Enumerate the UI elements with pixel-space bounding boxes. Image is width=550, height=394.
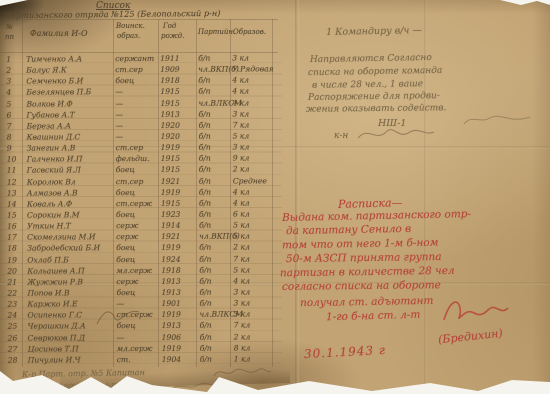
row-number: 1: [6, 55, 11, 64]
row-edu: 3 кл: [233, 299, 250, 308]
row-number: 21: [7, 277, 17, 286]
commander-signature: [212, 366, 272, 380]
row-rank: —: [116, 132, 124, 141]
row-year: 1904: [162, 355, 181, 364]
pencil-flourish: [95, 306, 141, 328]
column-header-rank: Воинск.: [116, 22, 145, 30]
row-edu: 3 кл: [233, 143, 250, 152]
row-party: б/п: [199, 299, 211, 308]
row-name: Гасвский Я.Л: [27, 166, 81, 175]
row-name: Коваль А.Ф: [27, 199, 72, 208]
row-number: 13: [7, 188, 17, 197]
row-name: Цосинов Т.П: [28, 344, 79, 353]
row-year: 1915: [161, 199, 180, 208]
row-name: Жужжин Р.В: [27, 277, 83, 286]
row-name: Квашнин Д.С: [27, 132, 81, 141]
row-party: б/п: [199, 221, 211, 230]
row-name: Семченко Б.И: [26, 77, 83, 86]
row-rank: боец: [116, 243, 135, 252]
row-rank: боец: [116, 210, 135, 219]
receipt-title: Расписка—: [338, 196, 403, 211]
row-party: б/п: [199, 154, 211, 163]
row-number: 23: [7, 300, 17, 309]
column-header-num: №: [6, 23, 13, 31]
row-year: 1919: [162, 343, 181, 352]
column-header-name: Фамилия И-О: [30, 29, 88, 38]
row-number: 10: [7, 155, 17, 164]
row-number: 11: [7, 166, 17, 175]
row-rank: —: [116, 121, 124, 130]
row-party: б/п: [198, 54, 210, 63]
row-name: Сорокин В.М: [27, 210, 79, 219]
row-number: 19: [7, 255, 17, 264]
row-rank: —: [115, 110, 123, 119]
row-edu: 2 кл: [234, 332, 251, 341]
column-header-year: Год: [163, 22, 176, 30]
row-year: 1923: [161, 210, 180, 219]
row-number: 14: [7, 199, 17, 208]
row-year: 1921: [161, 176, 180, 185]
row-name: Губанов А.Т: [26, 110, 74, 119]
row-party: б/п: [199, 288, 211, 297]
row-edu: 9 кл: [233, 154, 250, 163]
receipt-line: да капитану Сенило в: [286, 223, 411, 237]
row-edu: 5 кл: [234, 310, 251, 319]
row-edu: 7 кл: [234, 321, 251, 330]
row-party: б/п: [199, 210, 211, 219]
row-number: 7: [7, 122, 12, 131]
document-paper: Список Партизанского отряда №125 (Белопо…: [0, 0, 550, 394]
row-name: Волков И.Ф: [26, 99, 72, 108]
row-party: б/п: [199, 243, 211, 252]
deputy-signature: [170, 381, 240, 393]
row-number: 3: [6, 77, 11, 86]
row-name: Пичулин И.Ч: [28, 355, 81, 364]
row-name: Балус Я.К: [26, 66, 66, 75]
row-year: 1913: [161, 277, 180, 286]
receipt-signer: (Бредихин): [437, 327, 503, 347]
row-rank: фельдш.: [116, 154, 150, 163]
row-year: 1919: [162, 310, 181, 319]
row-number: 8: [7, 133, 12, 142]
row-number: 15: [7, 211, 17, 220]
row-rank: ст.сер: [116, 143, 144, 152]
row-edu: 5 кл: [233, 221, 250, 230]
row-rank: —: [117, 333, 125, 342]
row-number: 18: [7, 244, 17, 253]
column-header-party: Партийн.: [198, 28, 235, 36]
note-signature: [356, 124, 436, 144]
row-year: 1919: [161, 187, 180, 196]
row-number: 5: [6, 99, 11, 108]
row-rank: боец: [116, 288, 135, 297]
note-signature-2: [462, 112, 532, 128]
adjutant-signature: [440, 296, 510, 326]
column-header-edu: Образов.: [233, 28, 266, 36]
signoff-commander: К-р Парт. отр. №5 Капитан: [22, 368, 145, 379]
row-edu: 4 кл: [232, 98, 249, 107]
row-edu: У.Рядовая: [232, 64, 273, 73]
row-year: 1919: [161, 243, 180, 252]
row-number: 22: [7, 289, 17, 298]
row-rank: серж: [116, 221, 138, 230]
row-name: Забродебский Б.И: [27, 244, 100, 253]
row-edu: 2 кл: [233, 243, 250, 252]
fold-crease-vertical: [295, 0, 299, 394]
row-number: 27: [8, 344, 18, 353]
row-year: 1914: [161, 221, 180, 230]
row-number: 20: [7, 266, 17, 275]
row-edu: 4 кл: [232, 76, 249, 85]
row-name: Алмазов А.В: [27, 188, 78, 197]
row-name: Тимченко А.А: [26, 54, 82, 63]
row-number: 2: [6, 66, 11, 75]
row-name: Береза А.А: [27, 121, 71, 130]
row-name: Охлаб П.Б: [27, 255, 69, 264]
receipt-line: согласно списка на обороте: [282, 279, 441, 293]
row-number: 28: [8, 355, 18, 364]
note-rank: к-н: [334, 131, 348, 141]
row-party: б/п: [198, 76, 210, 85]
row-number: 17: [7, 233, 17, 242]
column-header-rank: образ.: [117, 32, 140, 40]
row-year: 1915: [161, 154, 180, 163]
row-edu: 3 кл: [232, 109, 249, 118]
row-name: Кольашев А.П: [27, 266, 84, 275]
signoff-deputy: Зам ком отр. ст. л-т: [26, 380, 119, 391]
table-row: 28 Пичулин И.Ч ст. 1904 б/п 1 кл: [1, 354, 283, 367]
row-edu: 4 кл: [233, 187, 250, 196]
row-edu: 7 кл: [233, 120, 250, 129]
row-edu: 5 кл: [233, 265, 250, 274]
receipt-date: 30.1.1943 г: [304, 343, 387, 361]
row-name: Севрюков П.Д: [28, 333, 85, 342]
row-rank: серж: [116, 232, 138, 241]
row-rank: ст.сер: [115, 65, 143, 74]
row-name: Безелянцев П.Б: [26, 88, 91, 97]
row-number: 9: [7, 144, 12, 153]
row-edu: 7 кл: [233, 254, 250, 263]
row-number: 24: [8, 311, 18, 320]
row-name: Королюк Вл: [27, 177, 76, 186]
row-party: б/п: [199, 165, 211, 174]
row-rank: —: [115, 99, 123, 108]
row-name: Уткин Н.Т: [27, 221, 71, 230]
row-edu: 1 кл: [234, 354, 251, 363]
row-rank: боец: [116, 188, 135, 197]
row-rank: серж: [116, 277, 138, 286]
row-party: б/п: [200, 321, 212, 330]
row-name: Черашкин Д.А: [28, 322, 86, 331]
receipt-line: 50-м АЗСП принята группа: [286, 251, 442, 265]
row-party: б/п: [200, 332, 212, 341]
row-name: Галченко И.П: [27, 155, 83, 164]
row-party: б/п: [200, 343, 212, 352]
row-party: б/п: [199, 132, 211, 141]
row-edu: 6 кл: [233, 209, 250, 218]
row-rank: мл.серж: [116, 266, 152, 275]
scanned-document: Список Партизанского отряда №125 (Белопо…: [0, 0, 550, 394]
row-name: Осипенко Г.С: [28, 311, 83, 320]
row-number: 12: [7, 177, 17, 186]
row-year: 1906: [162, 332, 181, 341]
row-year: 1901: [161, 299, 180, 308]
row-number: 26: [8, 333, 18, 342]
row-year: 1913: [161, 288, 180, 297]
row-party: б/п: [200, 354, 212, 363]
row-name: Попов И.В: [27, 288, 69, 297]
row-party: б/п: [199, 198, 211, 207]
row-party: б/п: [199, 143, 211, 152]
row-rank: боец: [116, 165, 135, 174]
receipt-received-line: получал ст. адъютант: [300, 295, 434, 309]
row-number: 16: [7, 222, 17, 231]
row-year: 1913: [162, 321, 181, 330]
row-year: 1920: [161, 132, 180, 141]
row-party: б/п: [198, 87, 210, 96]
note-line: Распоряжение для продви-: [308, 91, 440, 103]
row-party: б/п: [199, 276, 211, 285]
row-number: 4: [6, 88, 11, 97]
row-year: 1915: [160, 87, 179, 96]
row-rank: боец: [115, 76, 134, 85]
row-edu: 8 кл: [234, 343, 251, 352]
row-rank: мл.серж: [117, 344, 153, 353]
row-number: 6: [6, 110, 11, 119]
row-edu: 4 кл: [233, 198, 250, 207]
row-year: 1918: [160, 76, 179, 85]
row-party: б/п: [199, 187, 211, 196]
row-year: 1915: [161, 165, 180, 174]
row-number: 25: [8, 322, 18, 331]
row-year: 1920: [161, 121, 180, 130]
row-party: б/п: [199, 120, 211, 129]
note-line: Направляются Согласно: [310, 53, 432, 65]
row-year: 1909: [160, 65, 179, 74]
note-heading: 1 Командиру в/ч —: [326, 25, 422, 38]
row-year: 1921: [161, 232, 180, 241]
receipt-line: том что от него 1-м б-ном: [282, 237, 439, 252]
row-edu: 4 кл: [232, 87, 249, 96]
row-edu: 3 кл: [232, 53, 249, 62]
note-line: списка на обороте команда: [308, 66, 442, 78]
row-party: б/п: [199, 176, 211, 185]
row-rank: боец: [116, 255, 135, 264]
row-party: б/п: [198, 109, 210, 118]
row-rank: сержант: [115, 54, 154, 63]
row-party: б/п: [199, 254, 211, 263]
row-edu: Среднее: [233, 176, 267, 185]
receipt-received-line: 1-го б-на ст. л-т: [326, 309, 421, 323]
receipt-line: Выдана ком. партизанского отр-: [282, 208, 471, 224]
row-edu: 4 кл: [233, 276, 250, 285]
receipt-line: партизан в количестве 28 чел: [280, 265, 455, 279]
row-year: 1919: [161, 143, 180, 152]
row-edu: 5 кл: [233, 131, 250, 140]
note-line: в числе 28 чел., 1 ваше: [312, 79, 423, 91]
note-line: жения оказывать содейств.: [306, 103, 446, 114]
row-name: Занегин А.В: [27, 143, 76, 152]
roster-rows: 1 Тимченко А.А сержант 1911 б/п 3 кл 2 Б…: [0, 53, 283, 366]
column-header-year: рожд.: [161, 32, 184, 40]
row-year: 1913: [160, 109, 179, 118]
row-rank: ст.серж: [116, 199, 152, 208]
row-name: Скомелзина М.И: [27, 232, 95, 241]
row-year: 1924: [161, 254, 180, 263]
row-name: Каржко И.Е: [27, 299, 77, 308]
row-year: 1918: [161, 265, 180, 274]
row-rank: ст.: [117, 355, 131, 364]
row-edu: 5 кл: [233, 232, 250, 241]
row-edu: 3 кл: [233, 287, 250, 296]
column-header-num: пп: [5, 33, 14, 41]
row-edu: 2 кл: [233, 165, 250, 174]
row-year: 1911: [160, 54, 179, 63]
row-rank: ст.сер: [116, 177, 144, 186]
row-rank: —: [115, 88, 123, 97]
row-year: 1915: [160, 98, 179, 107]
row-party: б/п: [199, 265, 211, 274]
